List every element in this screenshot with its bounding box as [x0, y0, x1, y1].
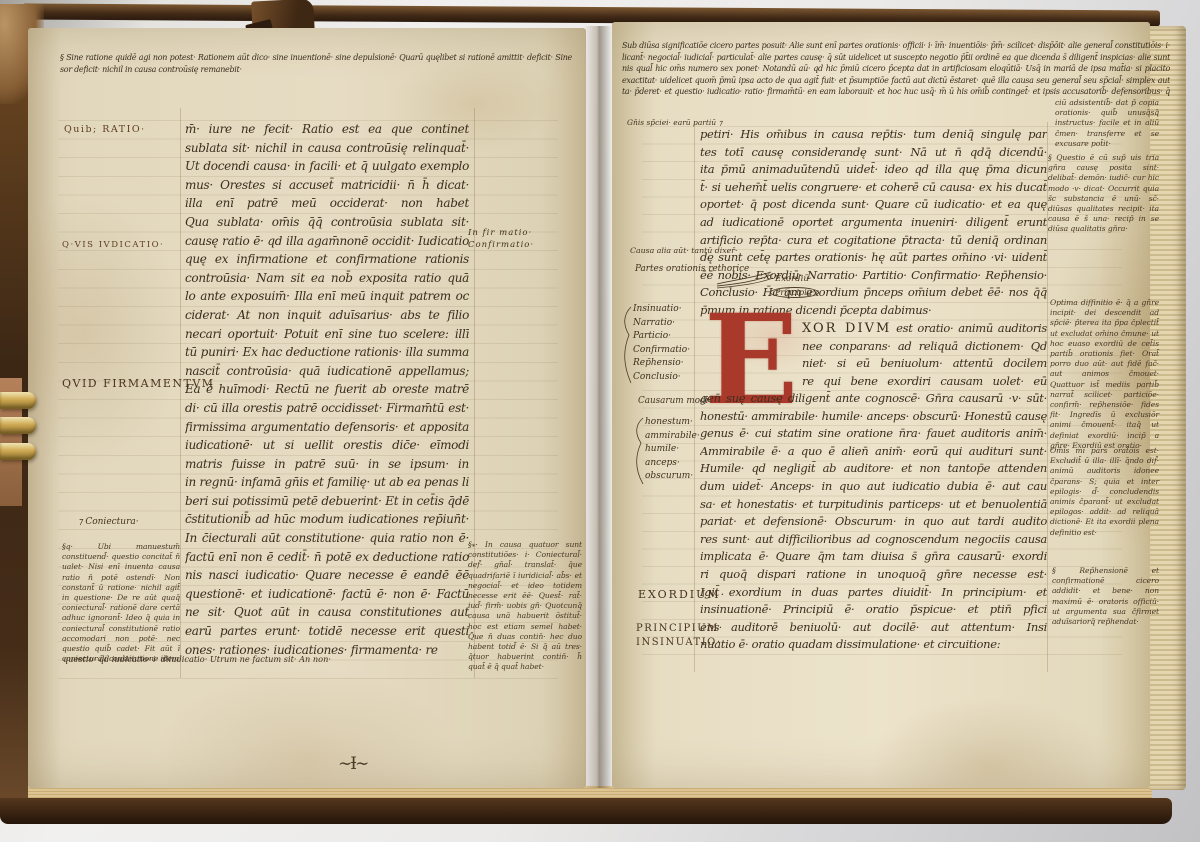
text-line: dum uidet̄· Anceps· in quo aut iudicatio…	[700, 478, 1047, 496]
text-line: humile·	[645, 443, 700, 457]
text-line: c̄stitutionib̄ ad hūc modum iudicationes…	[185, 510, 469, 529]
gloss-reprehensio: § Rep̄hensionē et confirmationē cicero a…	[1052, 566, 1159, 627]
text-line: causę ratio ē· qd illa agam̄nonē occidit…	[185, 232, 469, 251]
book-gutter-shadow	[584, 26, 612, 788]
insinuatio-rubric: INSINUATIO·	[636, 637, 722, 648]
text-line: dę sunt cet̄ę partes orationis· hę aūt p…	[700, 249, 1047, 267]
margin-rubric-ratio: Quib; RATIO·	[64, 124, 146, 135]
text-line: Sub diūsa significatiōe cicero partes po…	[622, 40, 1170, 52]
text-line: Rep̄hensio·	[633, 357, 690, 371]
text-line: firmissima argumentatio defensoris· et a…	[185, 418, 469, 437]
text-line: licant̄· negocial̄· iudicial̄· particula…	[622, 52, 1170, 64]
exordium-rubric: EXORDIUM·	[638, 588, 726, 601]
left-page: § Sine ratione quidē agi non potest· Rat…	[28, 28, 586, 788]
text-line: ens auditorē beniuolū· aut docilē· aut a…	[700, 619, 1047, 637]
right-top-gloss: Sub diūsa significatiōe cicero partes po…	[622, 40, 1170, 98]
text-line: mus· Orestes si accuset̄ matricidii· n̄ …	[185, 176, 469, 195]
manuscript-photo: § Sine ratione quidē agi non potest· Rat…	[0, 0, 1200, 842]
modi-list: honestum·ammirabile·humile·anceps·obscur…	[645, 416, 700, 484]
text-line: factū enī non ē cedit̄· n̄ potē ex deduc…	[185, 548, 469, 567]
text-line: implicata ē· Quare q̄m tam diuisa s̄ gn̄…	[700, 548, 1047, 566]
text-line: gen̄ suę causę diligent̄ ante cognoscē· …	[700, 390, 1047, 408]
exordium-display-caps: XOR DIVM	[802, 321, 891, 336]
text-line: genus ē· cui statim sine oratione n̄ra· …	[700, 425, 1047, 443]
text-line: ri quoq̄ dispari ratione in unoquoq̄ gn̄…	[700, 566, 1047, 584]
text-line: Igit̄ exordium in duas partes diuidit̄· …	[700, 584, 1047, 602]
list-brace	[633, 416, 645, 486]
margin-note-coniectura: ⁊ Coniectura·	[78, 517, 139, 527]
text-line: Ea ē huīmodi· Rectū ne fuerit ab oreste …	[185, 380, 469, 399]
text-line: ammirabile·	[645, 430, 700, 444]
text-line: tes totī causę considerandę sunt· Nā ut …	[700, 144, 1047, 162]
text-line: oportet· q̄ post dicenda sunt· Quare cū …	[700, 196, 1047, 214]
gloss-pars-orationis: Om̄is mī pars orat̄ōis est· Excludit̄ ū …	[1050, 446, 1159, 538]
text-line: Conclusio·	[633, 371, 690, 385]
text-line: pariat· et defensionē· Obscurum· in quo …	[700, 513, 1047, 531]
text-line: Confirmatio·	[633, 344, 690, 358]
margin-rubric-iudicatio: Q·VIS IVDICATIO·	[62, 240, 164, 250]
left-main-text: m̄· iure ne fecit· Ratio est ea que cont…	[185, 120, 469, 659]
text-line: nis qual̄ hic om̄s numero sex ponet· Not…	[622, 63, 1170, 75]
text-line: res sunt· aut difficilioribus ad cognosc…	[700, 531, 1047, 549]
text-line: nuatio ē· oratio quadam dissimulatione· …	[700, 636, 1047, 654]
gloss-questio: § Questio ē cū sup̄ uis tria gn̄ra causę…	[1048, 153, 1159, 235]
text-line: sor deficit· nichil in causa controūsię …	[60, 64, 572, 76]
text-line: Ut docendi causa· in facili· et q̄ uulga…	[185, 157, 469, 176]
gloss-copia: ciū adsistentib̄· dat p̄ copia orationis…	[1055, 98, 1159, 149]
text-line: honestum·	[645, 416, 700, 430]
brass-clasp-prong	[0, 417, 36, 434]
text-line: re qui bene exordiri causam uolet· eū ne…	[802, 373, 1047, 391]
causa-note: Causa alia aūt· tantū dixer̄·	[630, 246, 737, 255]
margin-note-confirmatio: Confirmatio·	[468, 240, 534, 250]
text-line: ta· p̄deret· et questio· iudicatio· rati…	[622, 86, 1170, 98]
text-line: insinuationē· Principiū ē· oratio p̄spic…	[700, 601, 1047, 619]
text-line: controūsia· Nam sit ea nob̄ exposita rat…	[185, 269, 469, 288]
text-line: lo ante exposuim̄· Illa enī meū inquit p…	[185, 287, 469, 306]
left-top-gloss: § Sine ratione quidē agi non potest· Rat…	[60, 52, 572, 75]
text-line: Ammirabile ē· a quo ē alien̄ anim̄· eorū…	[700, 443, 1047, 461]
bottom-gloss-line: questio· q̄d iudicatio· i· diiudicatio· …	[63, 654, 463, 664]
text-line: m̄· iure ne fecit· Ratio est ea que cont…	[185, 120, 469, 139]
text-line: honestū· ammirabile· humile· anceps· obs…	[700, 408, 1047, 426]
partes-list: Insinuatio·Narratio·Particio·Confirmatio…	[633, 303, 690, 384]
right-page: Sub diūsa significatiōe cicero partes po…	[612, 22, 1150, 788]
text-line: beri sui potissimū petē debuerint· Et in…	[185, 492, 469, 511]
text-line: ciderat· At non inquit aduīsarius· abs t…	[185, 306, 469, 325]
brass-clasp-prong	[0, 392, 36, 409]
margin-note-infirmatio: In fir matio·	[468, 228, 532, 238]
brass-clasp-prong	[0, 443, 36, 460]
left-margin-gloss: §q· Ubi manuestum̄ constituend̄· questio…	[62, 542, 180, 664]
text-line: in regnū· infamā gn̄is et familię· ut ab…	[185, 473, 469, 492]
exordium-label: Exordiū·	[775, 274, 812, 284]
principium-rubric: PRINCIPIUM·	[636, 623, 724, 634]
modi-title: Causarum modi·	[638, 396, 711, 406]
margin-rule	[180, 108, 181, 678]
text-line: tū puniri· Ex hac deductione rationis· i…	[185, 343, 469, 362]
quire-mark: ∼Ɨ∼	[338, 754, 367, 774]
text-line: Narratio·	[633, 317, 690, 331]
text-line: petiri· His om̄ibus in causa rep̄tis· tu…	[700, 126, 1047, 144]
text-line: obscurum·	[645, 470, 700, 484]
text-line: nis nasci iudicatio· Quare necesse ē ean…	[185, 566, 469, 585]
text-line: iudicationē· ut si uellit orestis dic̄e·…	[185, 436, 469, 455]
text-line: matris fuisse in patrē suū· in se ipsum·…	[185, 455, 469, 474]
text-line: ne sit· Quot aūt in causa constitutiones…	[185, 603, 469, 622]
text-line: In c̄iecturali aūt constitutione· quia r…	[185, 529, 469, 548]
text-line: Insinuatio·	[633, 303, 690, 317]
text-line: t̄· si uehem̄t̄ uelis congruere· et cohe…	[700, 179, 1047, 197]
text-line: nascit̄ controūsia· quā iudicationē appe…	[185, 362, 469, 381]
text-line: § Sine ratione quidē agi non potest· Rat…	[60, 52, 572, 64]
text-line: nee conparans· ad reliquā dictionem· Qd …	[802, 338, 1047, 356]
text-line: niet· si eū beniuolum· attentū docilem f…	[802, 355, 1047, 373]
text-line: illa enī patrē meū occiderat· non habet …	[185, 194, 469, 213]
text-line: quę ex infirmatione et confirmatione rat…	[185, 250, 469, 269]
text-line: Particio·	[633, 330, 690, 344]
text-line: sa· et honestatis· et turpitudinis parti…	[700, 496, 1047, 514]
bracket-flourish	[715, 270, 775, 290]
book-bottom-edge	[0, 798, 1172, 824]
text-line: exactitat· uidelicet quom̄ p̄mū ipsa act…	[622, 75, 1170, 87]
text-line: questionē· et iudicationē· factū ē· non …	[185, 585, 469, 604]
text-line: Humile· qd negligit̄ ab auditore· et non…	[700, 460, 1047, 478]
text-line: sublata sit· nichil in causa controūsię …	[185, 139, 469, 158]
text-line: necari oportuit· Potuit enī sine tuo sce…	[185, 325, 469, 344]
right-main-block-c: gen̄ suę causę diligent̄ ante cognoscē· …	[700, 390, 1047, 654]
text-line: Qua sublata· om̄is q̄q̄ controūsia subla…	[185, 213, 469, 232]
text-line: di· cū illa orestis patrē occidisset· Fi…	[185, 399, 469, 418]
text-line: anceps·	[645, 457, 700, 471]
text-line: ita p̄mū animaduūtendū uidet̄· ideo qd i…	[700, 161, 1047, 179]
list-brace	[621, 305, 633, 385]
text-line: ad iudicationē oportet argumenta inuenir…	[700, 214, 1047, 232]
right-main-block-b: nee conparans· ad reliquā dictionem· Qd …	[802, 338, 1047, 391]
principium-label: Principiū·	[770, 287, 819, 298]
gloss-diffinitio: Optima diffinitio ē· q̄ a gn̄re incipit·…	[1050, 298, 1159, 451]
text-line: artificio rep̄ta· cura et cogitatione p̄…	[700, 232, 1047, 250]
text-line: earū partes erunt· totidē necesse erit q…	[185, 622, 469, 641]
right-main-initial-line: XOR DIVM est oratio· animū auditoris ido	[802, 320, 1047, 338]
right-margin-gloss: §⁎· In causa quatuor sunt constitutiōes·…	[468, 540, 582, 673]
